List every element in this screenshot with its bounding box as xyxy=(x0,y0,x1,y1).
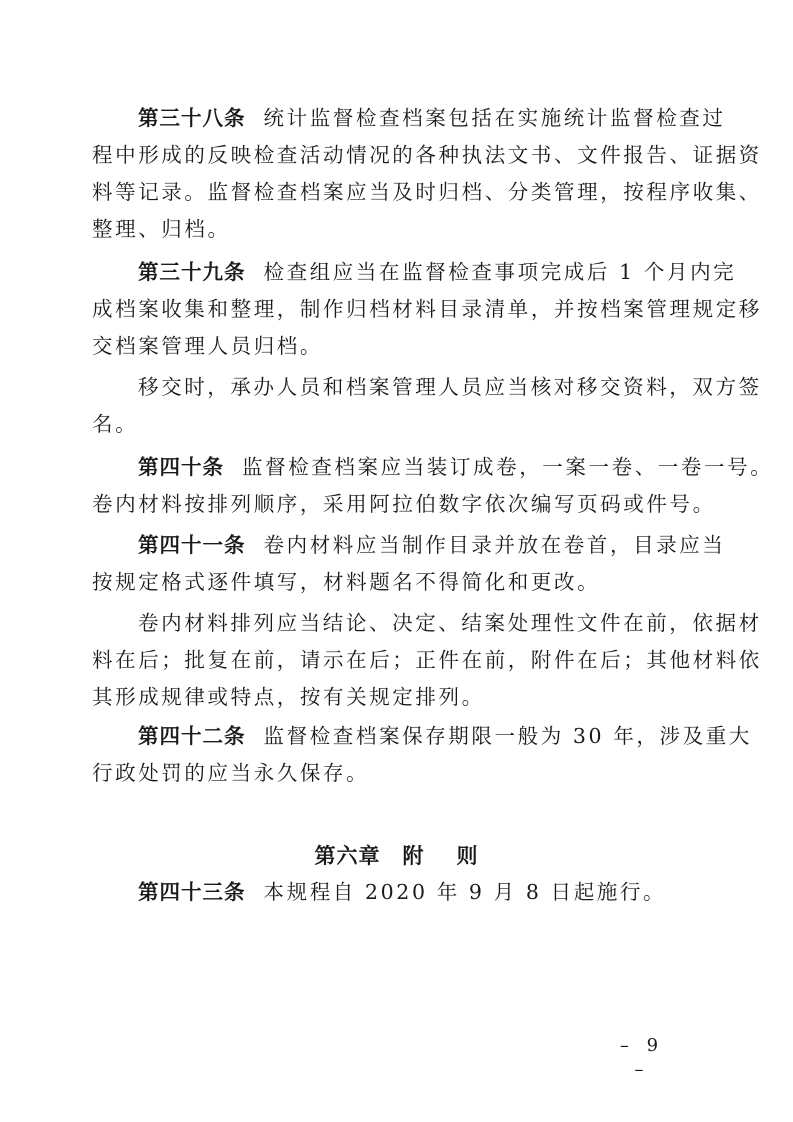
article-42-line-1: 第四十二条监督检查档案保存期限一般为 30 年，涉及重大 xyxy=(138,722,712,750)
article-40-line-2: 卷内材料按排列顺序，采用阿拉伯数字依次编写页码或件号。 xyxy=(92,490,712,518)
chapter-title-char-1: 附 xyxy=(403,844,425,868)
document-page: 第三十八条统计监督检查档案包括在实施统计监督检查过 程中形成的反映检查活动情况的… xyxy=(0,0,793,1122)
chapter-heading: 第六章附则 xyxy=(0,842,793,870)
article-39-line-2: 成档案收集和整理，制作归档材料目录清单，并按档案管理规定移 xyxy=(92,295,712,323)
article-39-para2-line-1: 移交时，承办人员和档案管理人员应当核对移交资料，双方签 xyxy=(138,373,712,401)
chapter-title-char-2: 则 xyxy=(457,844,479,868)
article-41-para2-line-3: 其形成规律或特点，按有关规定排列。 xyxy=(92,683,712,711)
article-40-text: 监督检查档案应当装订成卷，一案一卷、一卷一号。 xyxy=(242,455,773,479)
article-43-text: 本规程自 2020 年 9 月 8 日起施行。 xyxy=(264,880,667,904)
article-38-line-1: 第三十八条统计监督检查档案包括在实施统计监督检查过 xyxy=(138,104,712,132)
article-41-para2-line-1: 卷内材料排列应当结论、决定、结案处理性文件在前，依据材 xyxy=(138,609,712,637)
article-41-label: 第四十一条 xyxy=(138,533,246,557)
article-38-label: 第三十八条 xyxy=(138,106,246,130)
article-41-line-1: 第四十一条卷内材料应当制作目录并放在卷首，目录应当 xyxy=(138,531,712,559)
article-42-label: 第四十二条 xyxy=(138,724,246,748)
article-42-line-2: 行政处罚的应当永久保存。 xyxy=(92,759,712,787)
article-39-label: 第三十九条 xyxy=(138,260,246,284)
article-38-line-3: 料等记录。监督检查档案应当及时归档、分类管理，按程序收集、 xyxy=(92,178,712,206)
article-43-line-1: 第四十三条本规程自 2020 年 9 月 8 日起施行。 xyxy=(138,878,712,906)
article-39-para2-line-2: 名。 xyxy=(92,410,712,438)
article-40-line-1: 第四十条监督检查档案应当装订成卷，一案一卷、一卷一号。 xyxy=(138,453,712,481)
article-38-line-2: 程中形成的反映检查活动情况的各种执法文书、文件报告、证据资 xyxy=(92,141,712,169)
chapter-number: 第六章 xyxy=(315,844,381,868)
article-42-text: 监督检查档案保存期限一般为 30 年，涉及重大 xyxy=(264,724,752,748)
page-number: – 9 – xyxy=(610,1034,674,1082)
article-39-text: 检查组应当在监督检查事项完成后 1 个月内完 xyxy=(264,260,737,284)
article-38-line-4: 整理、归档。 xyxy=(92,215,712,243)
article-41-line-2: 按规定格式逐件填写，材料题名不得简化和更改。 xyxy=(92,568,712,596)
article-38-text: 统计监督检查档案包括在实施统计监督检查过 xyxy=(264,106,726,130)
article-39-line-1: 第三十九条检查组应当在监督检查事项完成后 1 个月内完 xyxy=(138,258,712,286)
article-43-label: 第四十三条 xyxy=(138,880,246,904)
article-41-para2-line-2: 料在后；批复在前，请示在后；正件在前，附件在后；其他材料依 xyxy=(92,646,712,674)
article-39-line-3: 交档案管理人员归档。 xyxy=(92,332,712,360)
article-41-text: 卷内材料应当制作目录并放在卷首，目录应当 xyxy=(264,533,726,557)
article-40-label: 第四十条 xyxy=(138,455,224,479)
